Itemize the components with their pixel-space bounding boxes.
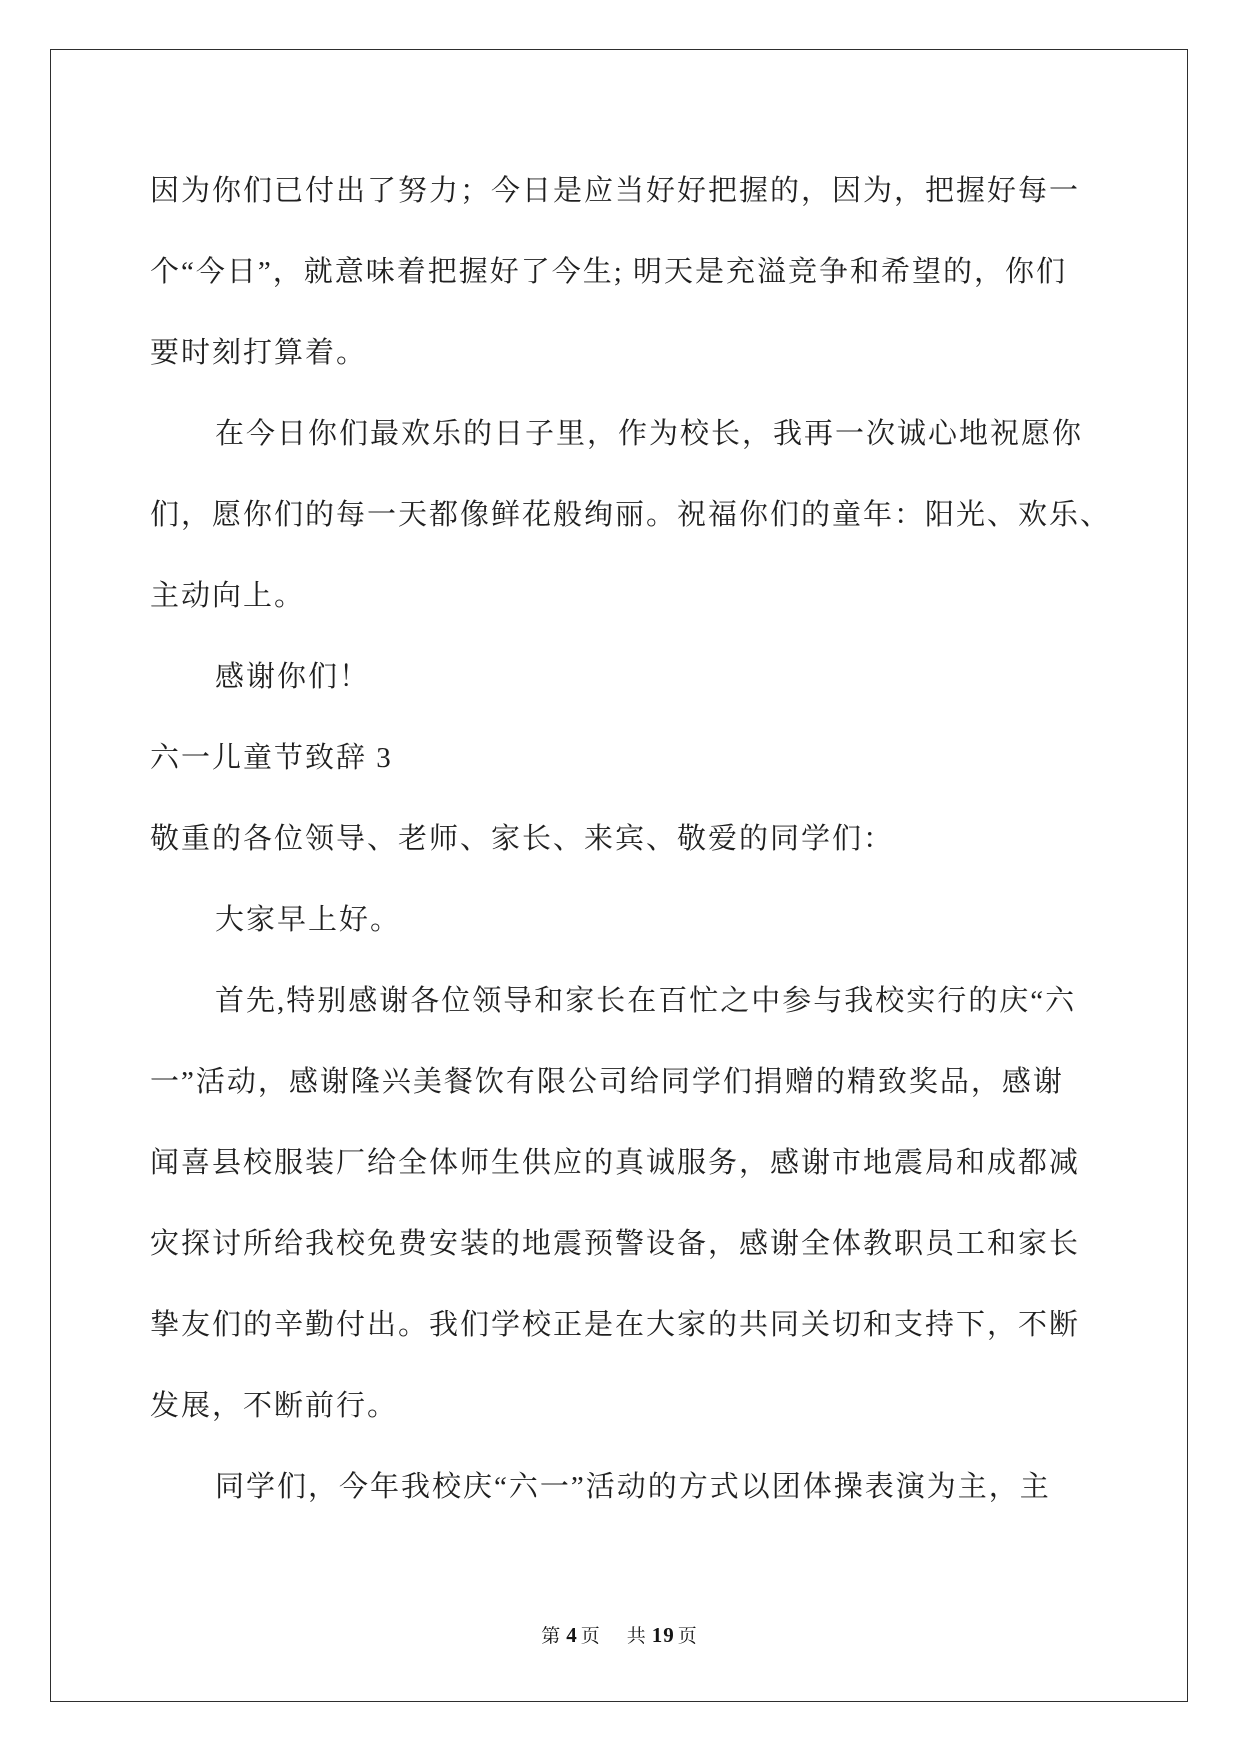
text-line: 一”活动，感谢隆兴美餐饮有限公司给同学们捐赠的精致奖品，感谢 — [150, 1042, 1102, 1123]
text-line: 大家早上好。 — [150, 880, 1102, 961]
section-title-line: 六一儿童节致辞 3 — [150, 718, 1102, 799]
total-label-suffix: 页 — [678, 1626, 700, 1647]
total-page-number: 19 — [652, 1623, 675, 1647]
text-line: 要时刻打算着。 — [150, 313, 1102, 394]
document-page: 因为你们已付出了努力；今日是应当好好把握的，因为，把握好每一 个“今日”，就意味… — [0, 0, 1241, 1754]
text-line: 在今日你们最欢乐的日子里，作为校长，我再一次诚心地祝愿你 — [150, 394, 1102, 475]
text-line: 首先,特别感谢各位领导和家长在百忙之中参与我校实行的庆“六 — [150, 961, 1102, 1042]
text-line: 感谢你们！ — [150, 637, 1102, 718]
salutation-line: 敬重的各位领导、老师、家长、来宾、敬爱的同学们： — [150, 799, 1102, 880]
total-label-prefix: 共 — [627, 1626, 649, 1647]
page-footer: 第4页共19页 — [0, 1618, 1241, 1652]
page-label-suffix: 页 — [581, 1626, 603, 1647]
document-body: 因为你们已付出了努力；今日是应当好好把握的，因为，把握好每一 个“今日”，就意味… — [150, 151, 1102, 1528]
text-line: 挚友们的辛勤付出。我们学校正是在大家的共同关切和支持下，不断 — [150, 1285, 1102, 1366]
text-line: 发展，不断前行。 — [150, 1366, 1102, 1447]
text-line: 因为你们已付出了努力；今日是应当好好把握的，因为，把握好每一 — [150, 151, 1102, 232]
current-page-number: 4 — [566, 1623, 578, 1647]
text-line: 同学们，今年我校庆“六一”活动的方式以团体操表演为主，主 — [150, 1447, 1102, 1528]
page-label-prefix: 第 — [541, 1626, 563, 1647]
text-line: 们，愿你们的每一天都像鲜花般绚丽。祝福你们的童年：阳光、欢乐、 — [150, 475, 1102, 556]
text-line: 灾探讨所给我校免费安装的地震预警设备，感谢全体教职员工和家长 — [150, 1204, 1102, 1285]
text-line: 个“今日”，就意味着把握好了今生; 明天是充溢竞争和希望的，你们 — [150, 232, 1102, 313]
text-line: 主动向上。 — [150, 556, 1102, 637]
text-line: 闻喜县校服装厂给全体师生供应的真诚服务，感谢市地震局和成都减 — [150, 1123, 1102, 1204]
